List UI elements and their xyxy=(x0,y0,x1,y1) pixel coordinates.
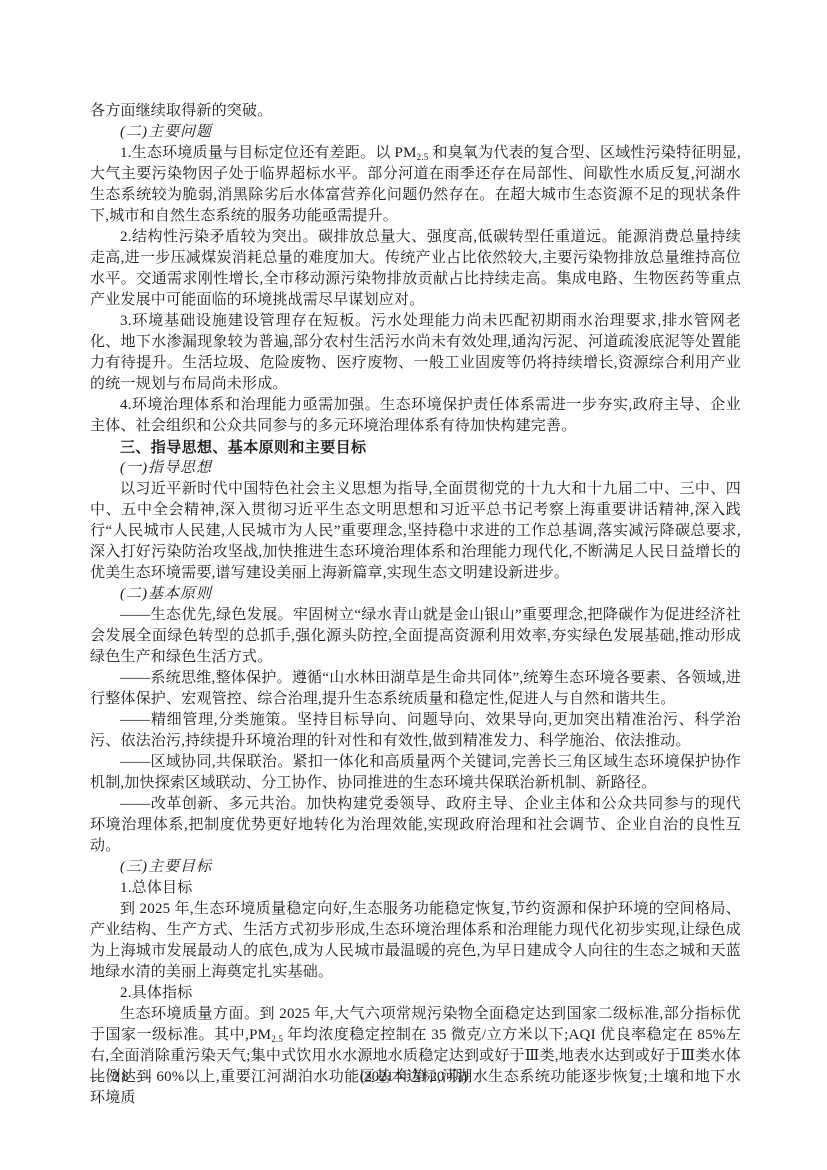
paragraph: (三)主要目标 xyxy=(90,857,741,878)
text-segment: ——精细管理,分类施策。坚持目标导向、问题导向、效果导向,更加突出精准治污、科学… xyxy=(90,712,741,749)
paragraph: ——生态优先,绿色发展。牢固树立“绿水青山就是金山银山”重要理念,把降碳作为促进… xyxy=(90,605,741,668)
paragraph: 三、指导思想、基本原则和主要目标 xyxy=(90,437,741,458)
text-segment: 4.环境治理体系和治理能力亟需加强。生态环境保护责任体系需进一步夯实,政府主导、… xyxy=(90,397,741,434)
paragraph: 1.总体目标 xyxy=(90,878,741,899)
text-segment: (二)主要问题 xyxy=(120,124,212,140)
text-segment: 到 2025 年,生态环境质量稳定向好,生态服务功能稳定恢复,节约资源和保护环境… xyxy=(90,901,741,980)
paragraph: ——系统思维,整体保护。遵循“山水林田湖草是生命共同体”,统筹生态环境各要素、各… xyxy=(90,668,741,710)
paragraph: (一)指导思想 xyxy=(90,458,741,479)
subscript-text: 2.5 xyxy=(271,1034,283,1044)
text-segment: (二)基本原则 xyxy=(120,586,212,602)
text-segment: 以习近平新时代中国特色社会主义思想为指导,全面贯彻党的十九大和十九届二中、三中、… xyxy=(90,481,741,581)
text-segment: (一)指导思想 xyxy=(120,460,212,476)
paragraph: 2.结构性污染矛盾较为突出。碳排放总量大、强度高,低碳转型任重道远。能源消费总量… xyxy=(90,227,741,311)
text-segment: (三)主要目标 xyxy=(120,859,212,875)
paragraph: 生态环境质量方面。到 2025 年,大气六项常规污染物全面稳定达到国家二级标准,… xyxy=(90,1004,741,1109)
paragraph: (二)基本原则 xyxy=(90,584,741,605)
text-segment: ——区域协同,共保联治。紧扣一体化和高质量两个关键词,完善长三角区域生态环境保护… xyxy=(90,754,741,791)
paragraph: 4.环境治理体系和治理能力亟需加强。生态环境保护责任体系需进一步夯实,政府主导、… xyxy=(90,395,741,437)
paragraph: ——改革创新、多元共治。加快构建党委领导、政府主导、企业主体和公众共同参与的现代… xyxy=(90,794,741,857)
text-segment: 2.结构性污染矛盾较为突出。碳排放总量大、强度高,低碳转型任重道远。能源消费总量… xyxy=(90,229,741,308)
paragraph: ——精细管理,分类施策。坚持目标导向、问题导向、效果导向,更加突出精准治污、科学… xyxy=(90,710,741,752)
text-segment: 1.总体目标 xyxy=(120,880,192,896)
text-segment: 1.生态环境质量与目标定位还有差距。以 PM xyxy=(120,145,417,161)
paragraph: ——区域协同,共保联治。紧扣一体化和高质量两个关键词,完善长三角区域生态环境保护… xyxy=(90,752,741,794)
text-segment: ——改革创新、多元共治。加快构建党委领导、政府主导、企业主体和公众共同参与的现代… xyxy=(90,796,741,854)
document-body: 各方面继续取得新的突破。(二)主要问题1.生态环境质量与目标定位还有差距。以 P… xyxy=(90,101,741,1109)
text-segment: ——系统思维,整体保护。遵循“山水林田湖草是生命共同体”,统筹生态环境各要素、各… xyxy=(90,670,741,707)
paragraph: 2.具体指标 xyxy=(90,983,741,1004)
document-page: 各方面继续取得新的突破。(二)主要问题1.生态环境质量与目标定位还有差距。以 P… xyxy=(0,0,827,1170)
text-segment: ——生态优先,绿色发展。牢固树立“绿水青山就是金山银山”重要理念,把降碳作为促进… xyxy=(90,607,741,665)
paragraph: 到 2025 年,生态环境质量稳定向好,生态服务功能稳定恢复,节约资源和保护环境… xyxy=(90,899,741,983)
text-segment: 三、指导思想、基本原则和主要目标 xyxy=(120,438,366,456)
subscript-text: 2.5 xyxy=(417,152,429,162)
text-segment: 各方面继续取得新的突破。 xyxy=(90,103,272,119)
issue-label: (2021 年第 20 期) xyxy=(0,1066,827,1088)
text-segment: 3.环境基础设施建设管理存在短板。污水处理能力尚未匹配初期雨水治理要求,排水管网… xyxy=(90,313,741,392)
text-segment: 2.具体指标 xyxy=(120,985,192,1001)
paragraph: 各方面继续取得新的突破。 xyxy=(90,101,741,122)
paragraph: (二)主要问题 xyxy=(90,122,741,143)
paragraph: 3.环境基础设施建设管理存在短板。污水处理能力尚未匹配初期雨水治理要求,排水管网… xyxy=(90,311,741,395)
paragraph: 以习近平新时代中国特色社会主义思想为指导,全面贯彻党的十九大和十九届二中、三中、… xyxy=(90,479,741,584)
page-footer: — 28 — (2021 年第 20 期) xyxy=(0,1066,827,1088)
paragraph: 1.生态环境质量与目标定位还有差距。以 PM2.5 和臭氧为代表的复合型、区域性… xyxy=(90,143,741,227)
